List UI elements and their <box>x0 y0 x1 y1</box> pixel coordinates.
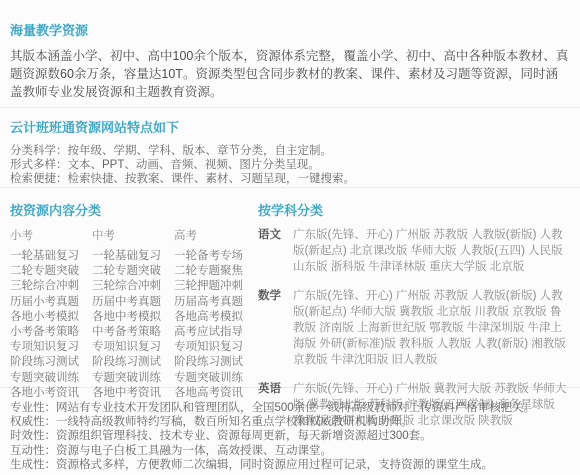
exam-column-zhongkao: 中考 一轮基础复习二轮专题突破三轮综合冲刺历届中考真题各地中考模拟中考备考策略专… <box>92 227 174 401</box>
quality-points-list: 专业性：网站有专业技术开发团队和管理团队，全国500余位一线特高级教师对上传资料… <box>10 401 570 472</box>
exam-item: 各地中考资讯 <box>92 386 174 401</box>
exam-column-gaokao: 高考 一轮备考专场二轮专题聚焦三轮押题冲刺历届高考真题各地高考模拟高考应试指导专… <box>174 227 256 401</box>
subject-row-chinese: 语文 广东版(先锋、开心) 广州版 苏教版 人教版(新版) 人教版(新起点) 北… <box>258 227 568 275</box>
exam-item: 专项知识复习 <box>174 340 256 355</box>
subject-publishers: 广东版(先锋、开心) 广州版 苏教版 人教版(新版) 人教版(新起点) 北京课改… <box>293 227 568 275</box>
exam-item: 一轮基础复习 <box>10 249 92 264</box>
subject-publishers: 广东版(先锋、开心) 广州版 苏教版 人教版(新版) 人教版(新起点) 华师大版… <box>293 288 568 368</box>
site-feature-line: 检索便捷：检索快捷、按教案、课件、素材、习题呈现，一键搜索。 <box>10 172 570 186</box>
exam-item: 一轮备考专场 <box>174 249 256 264</box>
exam-item-list: 一轮基础复习二轮专题突破三轮综合冲刺历届中考真题各地中考模拟中考备考策略专项知识… <box>92 249 174 401</box>
site-feature-line: 形式多样：文本、PPT、动画、音频、视频、图片分类呈现。 <box>10 158 570 172</box>
subject-categories-title: 按学科分类 <box>258 202 568 219</box>
exam-item: 各地高考资讯 <box>174 386 256 401</box>
exam-item: 三轮综合冲刺 <box>92 279 174 294</box>
exam-column-header: 小考 <box>10 227 92 243</box>
exam-item: 专题突破训练 <box>174 371 256 386</box>
exam-item-list: 一轮备考专场二轮专题聚焦三轮押题冲刺历届高考真题各地高考模拟高考应试指导专项知识… <box>174 249 256 401</box>
exam-column-header: 高考 <box>174 227 256 243</box>
quality-point-line: 互动性：资源与电子白板工具融为一体，高效授课、互动课堂。 <box>10 444 570 458</box>
quality-point-line: 专业性：网站有专业技术开发团队和管理团队，全国500余位一线特高级教师对上传资料… <box>10 401 570 415</box>
categories-section: 按资源内容分类 小考 一轮基础复习二轮专题突破三轮综合冲刺历届小考真题各地小考模… <box>0 188 580 388</box>
exam-item-list: 一轮基础复习二轮专题突破三轮综合冲刺历届小考真题各地小考模拟小考备考策略专项知识… <box>10 249 92 401</box>
exam-item: 高考应试指导 <box>174 325 256 340</box>
exam-item: 专项知识复习 <box>92 340 174 355</box>
exam-item: 三轮押题冲刺 <box>174 279 256 294</box>
exam-item: 二轮专题突破 <box>92 264 174 279</box>
exam-columns: 小考 一轮基础复习二轮专题突破三轮综合冲刺历届小考真题各地小考模拟小考备考策略专… <box>10 227 258 401</box>
exam-item: 专题突破训练 <box>92 371 174 386</box>
subject-label: 语文 <box>258 227 284 275</box>
exam-item: 阶段练习测试 <box>10 355 92 370</box>
exam-item: 历届高考真题 <box>174 295 256 310</box>
content-categories-block: 按资源内容分类 小考 一轮基础复习二轮专题突破三轮综合冲刺历届小考真题各地小考模… <box>10 202 258 387</box>
mass-resources-section: 海量教学资源 其版本涵盖小学、初中、高中100余个版本，资源体系完整，覆盖小学、… <box>0 0 580 108</box>
subject-categories-block: 按学科分类 语文 广东版(先锋、开心) 广州版 苏教版 人教版(新版) 人教版(… <box>258 202 570 387</box>
exam-item: 各地小考模拟 <box>10 310 92 325</box>
exam-item: 各地中考模拟 <box>92 310 174 325</box>
exam-column-header: 中考 <box>92 227 174 243</box>
quality-points-section: 专业性：网站有专业技术开发团队和管理团队，全国500余位一线特高级教师对上传资料… <box>0 388 580 474</box>
exam-item: 二轮专题突破 <box>10 264 92 279</box>
exam-column-xiaokao: 小考 一轮基础复习二轮专题突破三轮综合冲刺历届小考真题各地小考模拟小考备考策略专… <box>10 227 92 401</box>
subject-label: 数学 <box>258 288 284 368</box>
exam-item: 中考备考策略 <box>92 325 174 340</box>
exam-item: 小考备考策略 <box>10 325 92 340</box>
exam-item: 专项知识复习 <box>10 340 92 355</box>
content-categories-title: 按资源内容分类 <box>10 202 258 219</box>
exam-item: 各地小考资讯 <box>10 386 92 401</box>
exam-item: 各地高考模拟 <box>174 310 256 325</box>
exam-item: 三轮综合冲刺 <box>10 279 92 294</box>
site-features-list: 分类科学：按年级、学期、学科、版本、章节分类，自主定制。形式多样：文本、PPT、… <box>10 144 570 187</box>
exam-item: 阶段练习测试 <box>174 355 256 370</box>
site-features-section: 云计班班通资源网站特点如下 分类科学：按年级、学期、学科、版本、章节分类，自主定… <box>0 108 580 188</box>
mass-resources-title: 海量教学资源 <box>10 22 570 39</box>
quality-point-line: 时效性：资源组织管理科技、技术专业、资源每周更新，每天新增资源超过300套。 <box>10 429 570 443</box>
exam-item: 历届中考真题 <box>92 295 174 310</box>
site-feature-line: 分类科学：按年级、学期、学科、版本、章节分类，自主定制。 <box>10 144 570 158</box>
exam-item: 专题突破训练 <box>10 371 92 386</box>
exam-item: 二轮专题聚焦 <box>174 264 256 279</box>
mass-resources-body: 其版本涵盖小学、初中、高中100余个版本，资源体系完整，覆盖小学、初中、高中各种… <box>10 47 570 101</box>
exam-item: 一轮基础复习 <box>92 249 174 264</box>
subject-row-math: 数学 广东版(先锋、开心) 广州版 苏教版 人教版(新版) 人教版(新起点) 华… <box>258 288 568 368</box>
exam-item: 阶段练习测试 <box>92 355 174 370</box>
site-features-title: 云计班班通资源网站特点如下 <box>10 119 570 136</box>
exam-item: 历届小考真题 <box>10 295 92 310</box>
quality-point-line: 生成性：资源格式多样，方便教师二次编辑，同时资源应用过程可记录，支持资源的课堂生… <box>10 458 570 472</box>
